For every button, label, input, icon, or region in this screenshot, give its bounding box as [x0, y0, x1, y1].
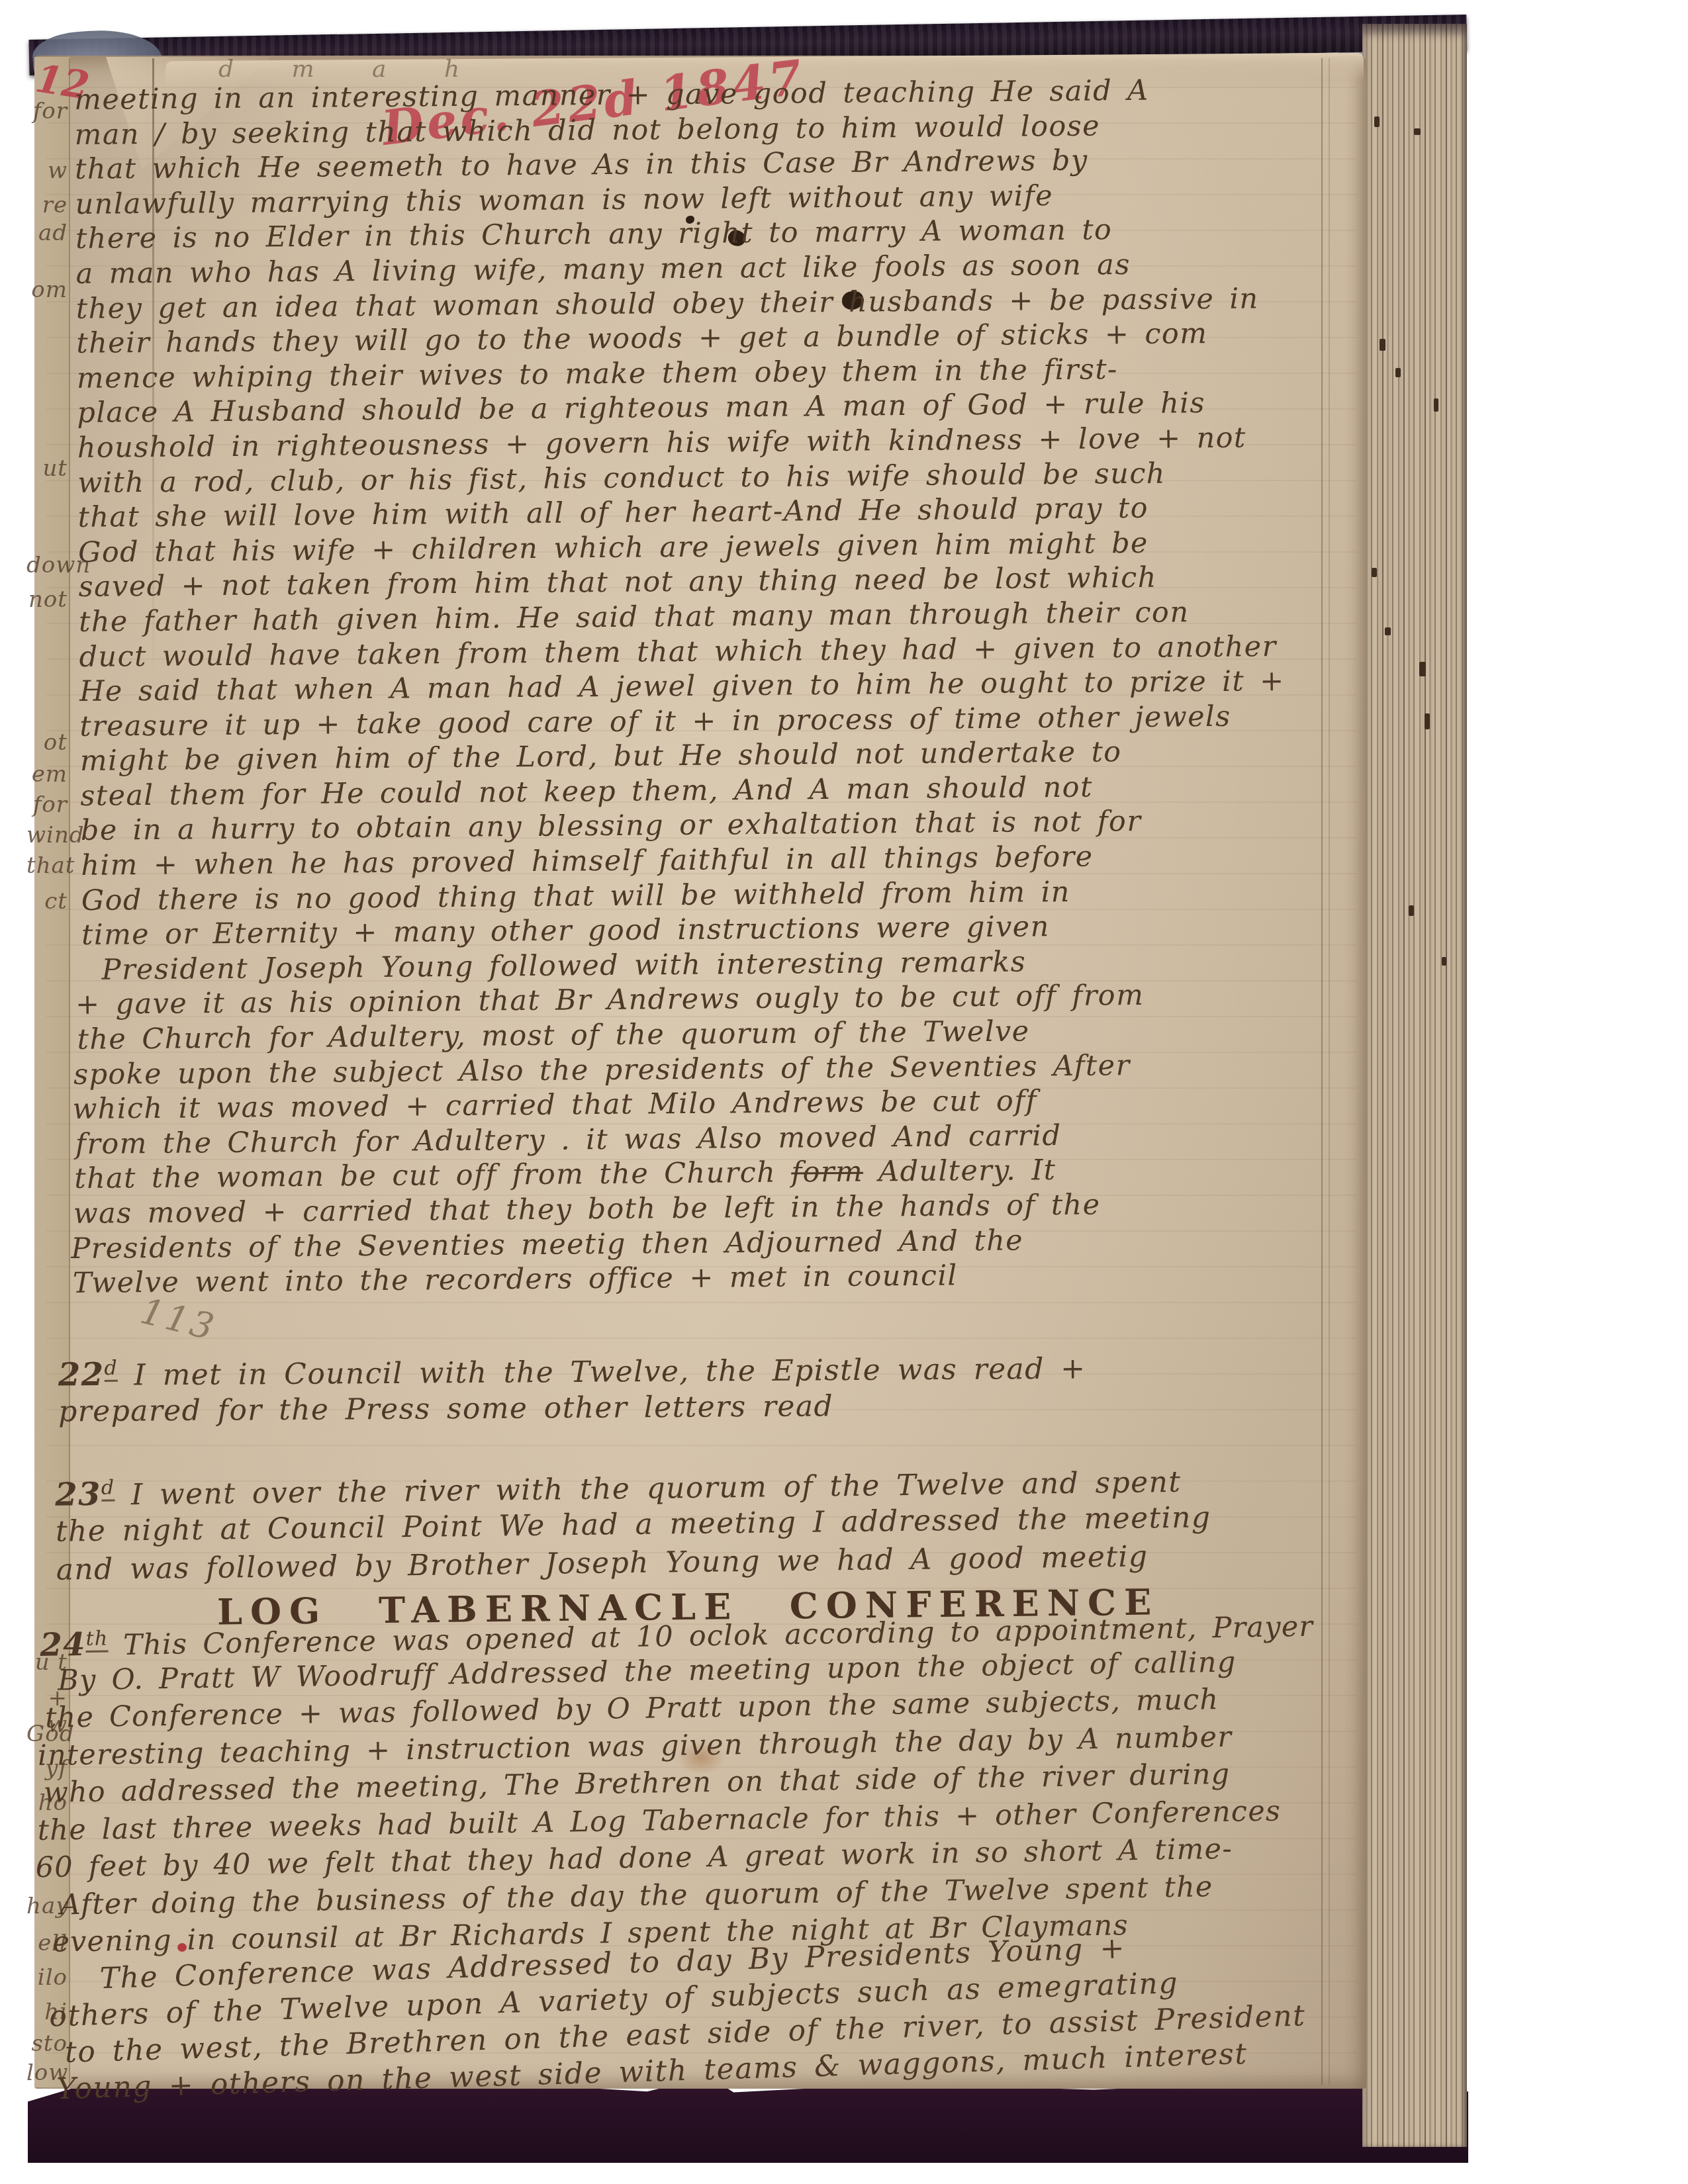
text-segment: that the woman be cut off from the Churc…: [74, 1156, 776, 1195]
right-margin-rule-2: [1329, 58, 1330, 2085]
margin-fragment: em: [26, 761, 68, 788]
margin-fragment: not: [26, 586, 68, 613]
ink-speck: [1372, 568, 1377, 577]
margin-fragment: God: [26, 1721, 68, 1747]
margin-fragment: ad: [26, 220, 68, 246]
entry-day-suffix: th: [85, 1627, 108, 1653]
ink-speck: [1434, 398, 1438, 412]
margin-fragment: re: [26, 192, 68, 218]
margin-fragment: for: [26, 98, 68, 124]
journal-scan: d m a h 12 Dec. 22d 1847 meeting in an i…: [0, 0, 1688, 2184]
margin-fragment: sto: [26, 2030, 68, 2057]
margin-fragment: ilo: [26, 1964, 68, 1991]
entry-line: prepared for the Press some other letter…: [58, 1388, 1086, 1433]
ink-speck: [1380, 339, 1385, 351]
journal-text-main: meeting in an interesting manner + gave …: [74, 73, 1290, 1302]
ink-speck: [1374, 116, 1380, 127]
margin-fragment: ell: [26, 1930, 68, 1956]
clipped-top-line: d m a h: [218, 56, 465, 78]
entry-text: I met in Council with the Twelve, the Ep…: [118, 1352, 1086, 1392]
margin-fragment: that: [26, 852, 68, 879]
entry-day-number: 23: [55, 1476, 101, 1514]
margin-fragment: ot: [26, 729, 68, 756]
margin-fragment: u t: [26, 1649, 68, 1676]
page-fore-edge: [1362, 24, 1467, 2147]
margin-fragment: yf: [26, 1755, 68, 1782]
margin-fragment: ut: [26, 455, 68, 482]
margin-fragment: low: [26, 2060, 68, 2086]
entry-day-suffix: d: [104, 1357, 118, 1382]
text-segment: Adultery. It: [863, 1154, 1056, 1189]
entry-line: 22d I met in Council with the Twelve, th…: [58, 1349, 1086, 1395]
entry-day-suffix: d: [101, 1477, 115, 1502]
ink-speck: [1442, 957, 1446, 966]
margin-fragment: down: [26, 552, 68, 578]
ink-speck: [1425, 713, 1430, 729]
margin-fragment: for: [26, 792, 68, 818]
ink-speck: [1395, 368, 1401, 377]
margin-fragment: ho: [26, 1790, 68, 1816]
margin-fragment: wind: [26, 822, 68, 848]
margin-fragment: ct: [26, 888, 68, 915]
ink-speck: [1414, 128, 1421, 135]
ink-speck: [1409, 905, 1414, 916]
margin-fragment: hi: [26, 1999, 68, 2025]
right-margin-rule: [1321, 58, 1323, 2085]
margin-fragment: hay: [26, 1893, 68, 1919]
entry-dec-23: 23d I went over the river with the quoru…: [55, 1462, 1211, 1591]
conference-text-block: 24th This Conference was opened at 10 oc…: [40, 1607, 1319, 1964]
struck-word: form: [791, 1156, 863, 1189]
ink-speck: [1419, 662, 1426, 676]
ink-speck: [1385, 627, 1391, 635]
entry-dec-22: 22d I met in Council with the Twelve, th…: [58, 1349, 1086, 1433]
margin-fragment: w: [26, 158, 68, 184]
margin-fragment: om: [26, 277, 68, 303]
entry-day-number: 22: [58, 1356, 105, 1393]
